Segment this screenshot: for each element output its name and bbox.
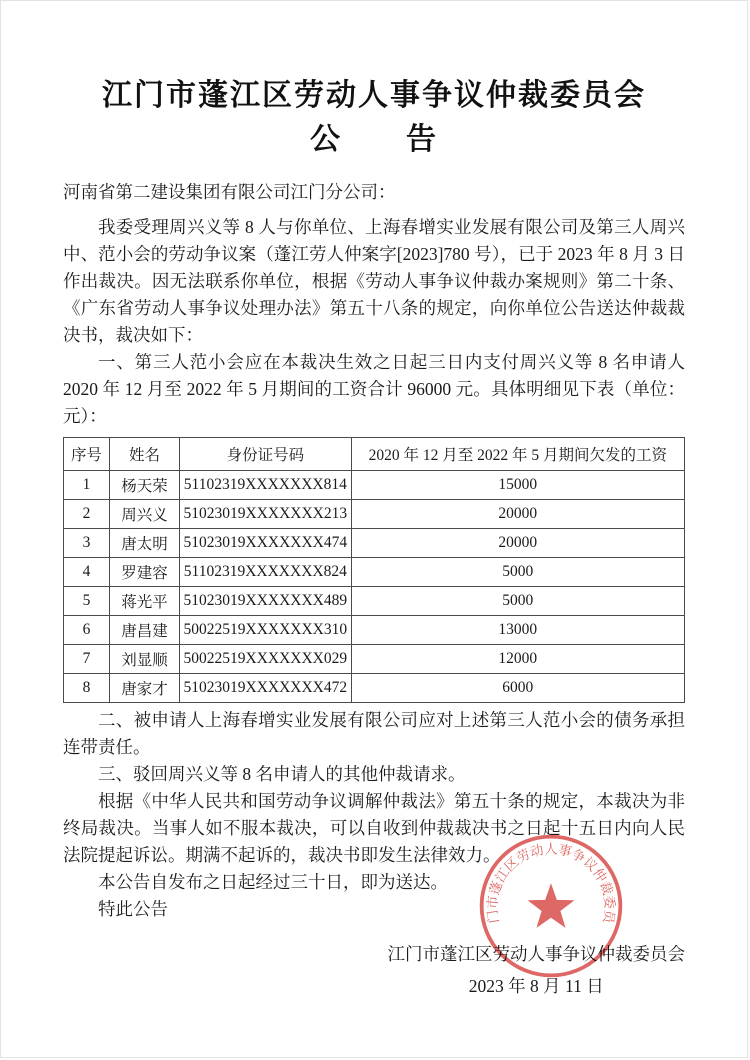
document-subtitle: 公 告 xyxy=(63,121,685,159)
cell-index: 3 xyxy=(64,529,110,558)
table-row: 2 周兴义 51023019XXXXXXX213 20000 xyxy=(64,500,685,529)
cell-index: 7 xyxy=(64,645,110,674)
cell-wage: 6000 xyxy=(351,674,684,703)
cell-name: 刘显顺 xyxy=(109,645,179,674)
cell-name: 杨天荣 xyxy=(109,471,179,500)
paragraph-ruling-3: 三、驳回周兴义等 8 名申请人的其他仲裁请求。 xyxy=(63,761,685,788)
table-row: 1 杨天荣 51102319XXXXXXX814 15000 xyxy=(64,471,685,500)
paragraph-ruling-2: 二、被申请人上海春增实业发展有限公司应对上述第三人范小会的债务承担连带责任。 xyxy=(63,707,685,761)
addressee-line: 河南省第二建设集团有限公司江门分公司： xyxy=(63,179,685,206)
table-row: 5 蒋光平 51023019XXXXXXX489 5000 xyxy=(64,587,685,616)
cell-name: 唐家才 xyxy=(109,674,179,703)
table-row: 3 唐太明 51023019XXXXXXX474 20000 xyxy=(64,529,685,558)
cell-id-number: 51023019XXXXXXX489 xyxy=(180,587,351,616)
cell-id-number: 51023019XXXXXXX472 xyxy=(180,674,351,703)
table-row: 4 罗建容 51102319XXXXXXX824 5000 xyxy=(64,558,685,587)
document-title: 江门市蓬江区劳动人事争议仲裁委员会 xyxy=(63,77,685,115)
cell-index: 1 xyxy=(64,471,110,500)
cell-index: 8 xyxy=(64,674,110,703)
column-header-id-number: 身份证号码 xyxy=(180,438,351,471)
cell-index: 2 xyxy=(64,500,110,529)
cell-id-number: 51102319XXXXXXX824 xyxy=(180,558,351,587)
cell-name: 唐太明 xyxy=(109,529,179,558)
column-header-index: 序号 xyxy=(64,438,110,471)
column-header-owed-wages: 2020 年 12 月至 2022 年 5 月期间欠发的工资 xyxy=(351,438,684,471)
cell-wage: 20000 xyxy=(351,529,684,558)
cell-id-number: 51023019XXXXXXX213 xyxy=(180,500,351,529)
signature-committee-name: 江门市蓬江区劳动人事争议仲裁委员会 xyxy=(388,939,686,969)
signature-block: 江门市蓬江区劳动人事争议仲裁委员会 2023 年 8 月 11 日 xyxy=(388,939,686,1003)
paragraph-legal-basis: 根据《中华人民共和国劳动争议调解仲裁法》第五十条的规定，本裁决为非终局裁决。当事… xyxy=(63,788,685,869)
cell-id-number: 50022519XXXXXXX310 xyxy=(180,616,351,645)
cell-id-number: 51023019XXXXXXX474 xyxy=(180,529,351,558)
table-header-row: 序号 姓名 身份证号码 2020 年 12 月至 2022 年 5 月期间欠发的… xyxy=(64,438,685,471)
table-row: 8 唐家才 51023019XXXXXXX472 6000 xyxy=(64,674,685,703)
cell-wage: 20000 xyxy=(351,500,684,529)
cell-index: 4 xyxy=(64,558,110,587)
cell-wage: 13000 xyxy=(351,616,684,645)
cell-name: 蒋光平 xyxy=(109,587,179,616)
column-header-name: 姓名 xyxy=(109,438,179,471)
table-row: 6 唐昌建 50022519XXXXXXX310 13000 xyxy=(64,616,685,645)
cell-name: 周兴义 xyxy=(109,500,179,529)
cell-wage: 5000 xyxy=(351,587,684,616)
paragraph-effective-period: 本公告自发布之日起经过三十日，即为送达。 xyxy=(63,869,685,896)
cell-wage: 12000 xyxy=(351,645,684,674)
cell-name: 罗建容 xyxy=(109,558,179,587)
cell-wage: 15000 xyxy=(351,471,684,500)
cell-index: 6 xyxy=(64,616,110,645)
cell-name: 唐昌建 xyxy=(109,616,179,645)
paragraph-ruling-1: 一、第三人范小会应在本裁决生效之日起三日内支付周兴义等 8 名申请人 2020 … xyxy=(63,349,685,430)
table-row: 7 刘显顺 50022519XXXXXXX029 12000 xyxy=(64,645,685,674)
paragraph-closing: 特此公告 xyxy=(63,896,685,923)
announcement-page: 江门市蓬江区劳动人事争议仲裁委员会 公 告 河南省第二建设集团有限公司江门分公司… xyxy=(0,0,748,1058)
cell-id-number: 50022519XXXXXXX029 xyxy=(180,645,351,674)
wage-table: 序号 姓名 身份证号码 2020 年 12 月至 2022 年 5 月期间欠发的… xyxy=(63,437,685,703)
cell-wage: 5000 xyxy=(351,558,684,587)
paragraph-case-summary: 我委受理周兴义等 8 人与你单位、上海春增实业发展有限公司及第三人周兴中、范小会… xyxy=(63,214,685,349)
cell-index: 5 xyxy=(64,587,110,616)
signature-date: 2023 年 8 月 11 日 xyxy=(469,969,604,1003)
cell-id-number: 51102319XXXXXXX814 xyxy=(180,471,351,500)
